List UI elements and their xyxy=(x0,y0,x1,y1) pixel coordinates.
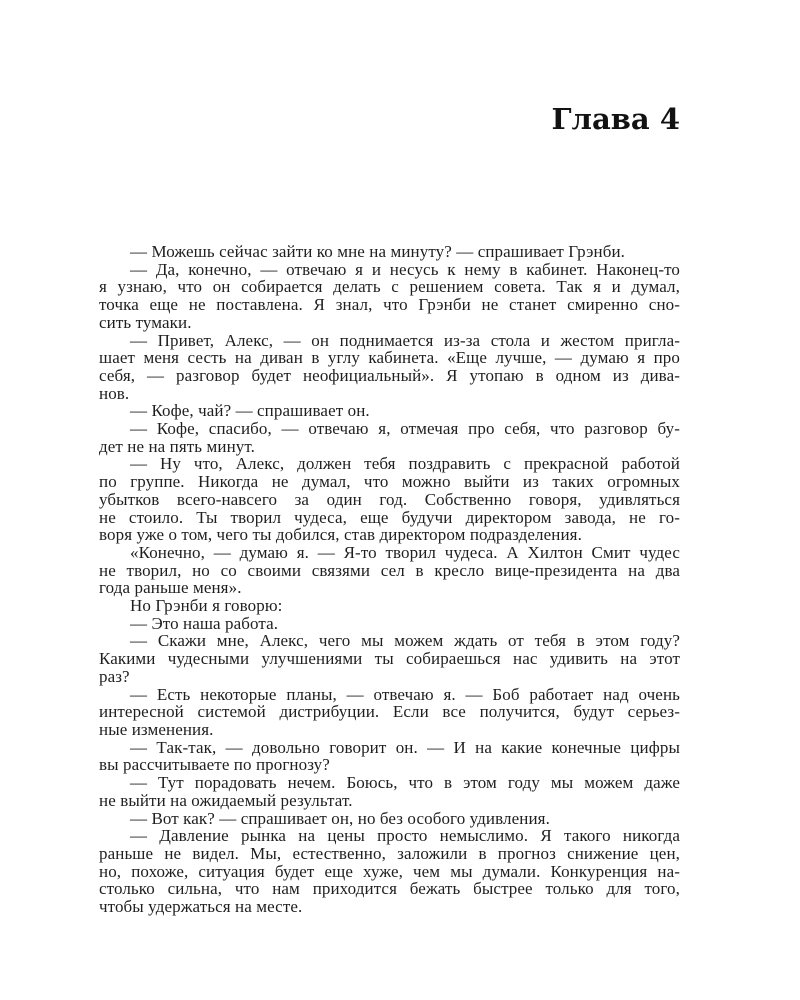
paragraph-4: — Кофе, чай? — спрашивает он. xyxy=(99,402,680,420)
text-line: ные изменения. xyxy=(99,721,680,739)
paragraph-1: — Можешь сейчас зайти ко мне на минуту? … xyxy=(99,243,680,261)
text-line: себя, — разговор будет неофициальный». Я… xyxy=(99,367,680,385)
text-line: дет не на пять минут. xyxy=(99,438,680,456)
text-line: — Это наша работа. xyxy=(99,615,680,633)
text-line: по группе. Никогда не думал, что можно в… xyxy=(99,473,680,491)
text-line: года раньше меня». xyxy=(99,579,680,597)
paragraph-13: — Тут порадовать нечем. Боюсь, что в это… xyxy=(99,774,680,809)
paragraph-10: — Скажи мне, Алекс, чего мы можем ждать … xyxy=(99,632,680,685)
text-line: убытков всего-навсего за один год. Собст… xyxy=(99,491,680,509)
text-line: — Кофе, чай? — спрашивает он. xyxy=(99,402,680,420)
text-line: — Кофе, спасибо, — отвечаю я, отмечая пр… xyxy=(99,420,680,438)
text-line: — Привет, Алекс, — он поднимается из-за … xyxy=(99,332,680,350)
text-line: точка еще не поставлена. Я знал, что Грэ… xyxy=(99,296,680,314)
text-line: шает меня сесть на диван в углу кабинета… xyxy=(99,349,680,367)
text-line: — Тут порадовать нечем. Боюсь, что в это… xyxy=(99,774,680,792)
text-line: вы рассчитываете по прогнозу? xyxy=(99,756,680,774)
text-line: но, похоже, ситуация будет еще хуже, чем… xyxy=(99,863,680,881)
text-line: — Скажи мне, Алекс, чего мы можем ждать … xyxy=(99,632,680,650)
text-line: — Давление рынка на цены просто немыслим… xyxy=(99,827,680,845)
text-line: «Конечно, — думаю я. — Я-то творил чудес… xyxy=(99,544,680,562)
text-line: — Вот как? — спрашивает он, но без особо… xyxy=(99,810,680,828)
paragraph-15: — Давление рынка на цены просто немыслим… xyxy=(99,827,680,916)
text-line: интересной системой дистрибуции. Если вс… xyxy=(99,703,680,721)
paragraph-11: — Есть некоторые планы, — отвечаю я. — Б… xyxy=(99,686,680,739)
text-line: Какими чудесными улучшениями ты собираеш… xyxy=(99,650,680,668)
text-line: раз? xyxy=(99,668,680,686)
body-text: — Можешь сейчас зайти ко мне на минуту? … xyxy=(99,243,680,916)
text-line: не творил, но со своими связями сел в кр… xyxy=(99,562,680,580)
text-line: — Есть некоторые планы, — отвечаю я. — Б… xyxy=(99,686,680,704)
paragraph-3: — Привет, Алекс, — он поднимается из-за … xyxy=(99,332,680,403)
paragraph-14: — Вот как? — спрашивает он, но без особо… xyxy=(99,810,680,828)
paragraph-8: Но Грэнби я говорю: xyxy=(99,597,680,615)
paragraph-6: — Ну что, Алекс, должен тебя поздравить … xyxy=(99,455,680,544)
chapter-title: Глава 4 xyxy=(99,103,680,136)
paragraph-12: — Так-так, — довольно говорит он. — И на… xyxy=(99,739,680,774)
text-line: чтобы удержаться на месте. xyxy=(99,898,680,916)
book-page: Глава 4 — Можешь сейчас зайти ко мне на … xyxy=(0,0,800,1000)
text-line: столько сильна, что нам приходится бежат… xyxy=(99,880,680,898)
paragraph-9: — Это наша работа. xyxy=(99,615,680,633)
text-line: — Можешь сейчас зайти ко мне на минуту? … xyxy=(99,243,680,261)
paragraph-2: — Да, конечно, — отвечаю я и несусь к не… xyxy=(99,261,680,332)
text-line: не стоило. Ты творил чудеса, еще будучи … xyxy=(99,509,680,527)
text-line: сить тумаки. xyxy=(99,314,680,332)
paragraph-5: — Кофе, спасибо, — отвечаю я, отмечая пр… xyxy=(99,420,680,455)
text-line: — Так-так, — довольно говорит он. — И на… xyxy=(99,739,680,757)
text-line: Но Грэнби я говорю: xyxy=(99,597,680,615)
paragraph-7: «Конечно, — думаю я. — Я-то творил чудес… xyxy=(99,544,680,597)
text-line: я узнаю, что он собирается делать с реше… xyxy=(99,278,680,296)
text-line: — Ну что, Алекс, должен тебя поздравить … xyxy=(99,455,680,473)
text-line: — Да, конечно, — отвечаю я и несусь к не… xyxy=(99,261,680,279)
text-line: нов. xyxy=(99,385,680,403)
text-line: раньше не видел. Мы, естественно, заложи… xyxy=(99,845,680,863)
text-line: воря уже о том, чего ты добился, став ди… xyxy=(99,526,680,544)
text-line: не выйти на ожидаемый результат. xyxy=(99,792,680,810)
